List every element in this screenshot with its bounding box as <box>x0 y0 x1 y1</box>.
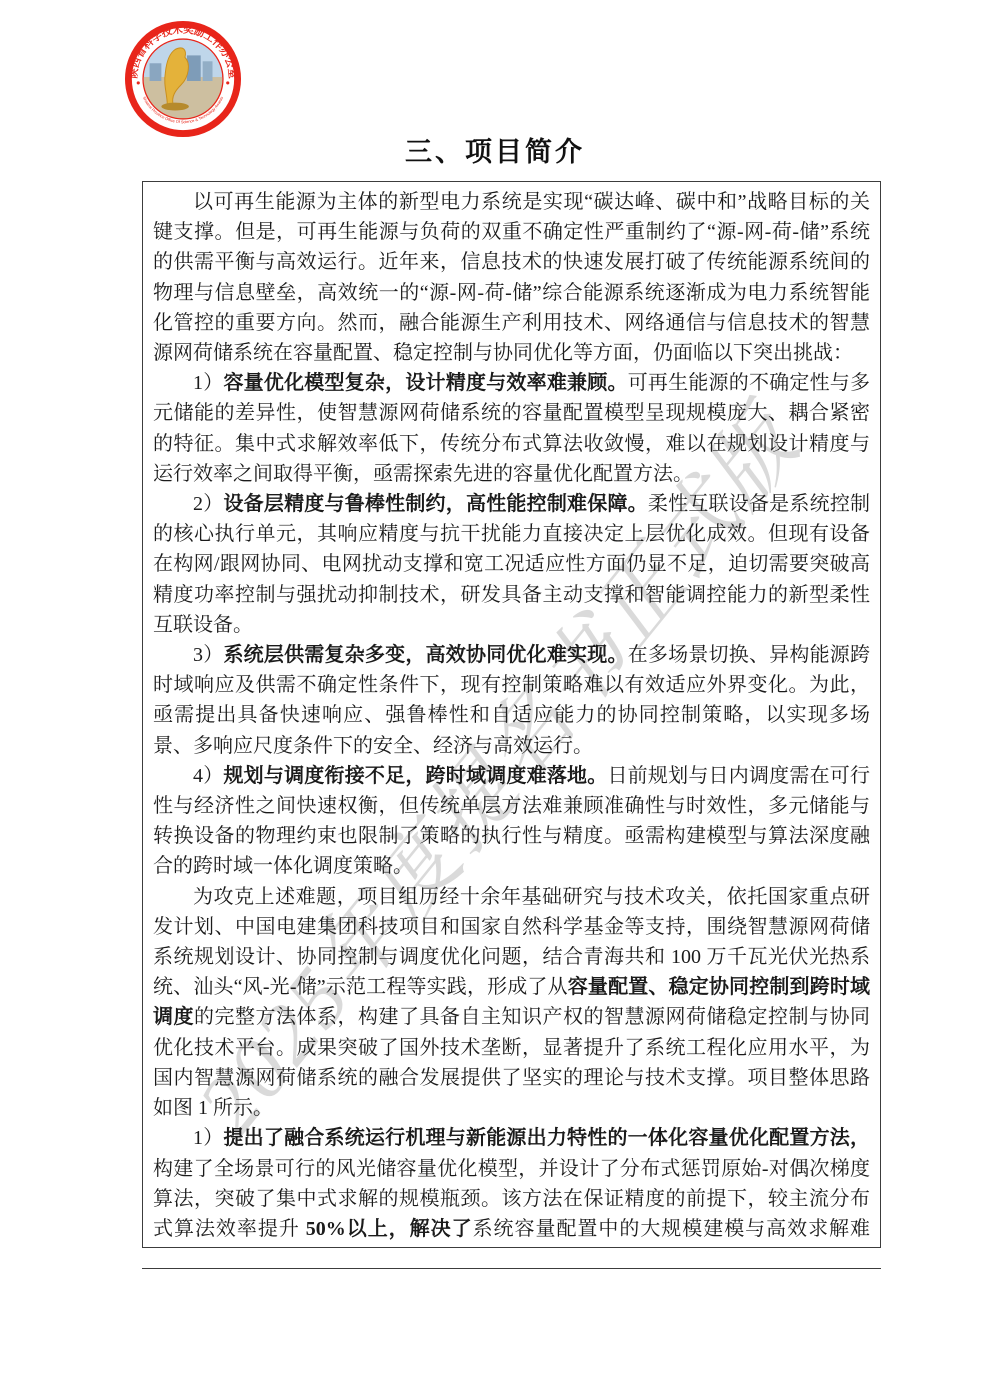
paragraph: 1）提出了融合系统运行机理与新能源出力特性的一体化容量优化配置方法，构建了全场景… <box>153 1123 870 1248</box>
seal-left-dot <box>137 81 140 84</box>
paragraph: 为攻克上述难题，项目组历经十余年基础研究与技术攻关，依托国家重点研发计划、中国电… <box>153 882 870 1124</box>
section-heading: 设备层精度与鲁棒性制约，高性能控制难保障。 <box>223 493 647 515</box>
section-heading: 容量优化模型复杂，设计精度与效率难兼顾。 <box>223 372 627 394</box>
paragraph-number: 1） <box>193 372 223 394</box>
seal-center-image <box>144 40 223 119</box>
paragraph: 1）容量优化模型复杂，设计精度与效率难兼顾。可再生能源的不确定性与多元储能的差异… <box>153 368 870 489</box>
page-title: 三、项目简介 <box>0 130 990 169</box>
section-heading: 系统层供需复杂多变，高效协同优化难实现。 <box>223 644 627 666</box>
row-divider <box>142 1268 881 1269</box>
seal-graphic: 陕西省科学技术奖励工作办公室 Shaanxi Province Office O… <box>124 20 242 138</box>
section-heading: 提出了融合系统运行机理与新能源出力特性的一体化容量优化配置方法， <box>223 1127 870 1149</box>
org-seal: 陕西省科学技术奖励工作办公室 Shaanxi Province Office O… <box>124 20 242 138</box>
body-text: 的完整方法体系，构建了具备自主知识产权的智慧源网荷储稳定控制与协同优化技术平台。… <box>153 1006 870 1119</box>
paragraph-number: 1） <box>193 1127 223 1149</box>
paragraph: 4）规划与调度衔接不足，跨时域调度难落地。日前规划与日内调度需在可行性与经济性之… <box>153 761 870 882</box>
content-box: 以可再生能源为主体的新型电力系统是实现“碳达峰、碳中和”战略目标的关键支撑。但是… <box>142 181 881 1248</box>
paragraph: 2）设备层精度与鲁棒性制约，高性能控制难保障。柔性互联设备是系统控制的核心执行单… <box>153 489 870 640</box>
seal-right-dot <box>226 81 229 84</box>
paragraph-number: 2） <box>193 493 223 515</box>
document-page: 陕西省科学技术奖励工作办公室 Shaanxi Province Office O… <box>0 0 990 1399</box>
body-text: 以可再生能源为主体的新型电力系统是实现“碳达峰、碳中和”战略目标的关键支撑。但是… <box>153 191 870 364</box>
paragraph-number: 4） <box>193 765 223 787</box>
highlight-text: 50%以上，解决了 <box>306 1218 473 1240</box>
paragraph-number: 3） <box>193 644 223 666</box>
paragraph: 以可再生能源为主体的新型电力系统是实现“碳达峰、碳中和”战略目标的关键支撑。但是… <box>153 187 870 368</box>
section-heading: 规划与调度衔接不足，跨时域调度难落地。 <box>223 765 607 787</box>
paragraph: 3）系统层供需复杂多变，高效协同优化难实现。在多场景切换、异构能源跨时域响应及供… <box>153 640 870 761</box>
